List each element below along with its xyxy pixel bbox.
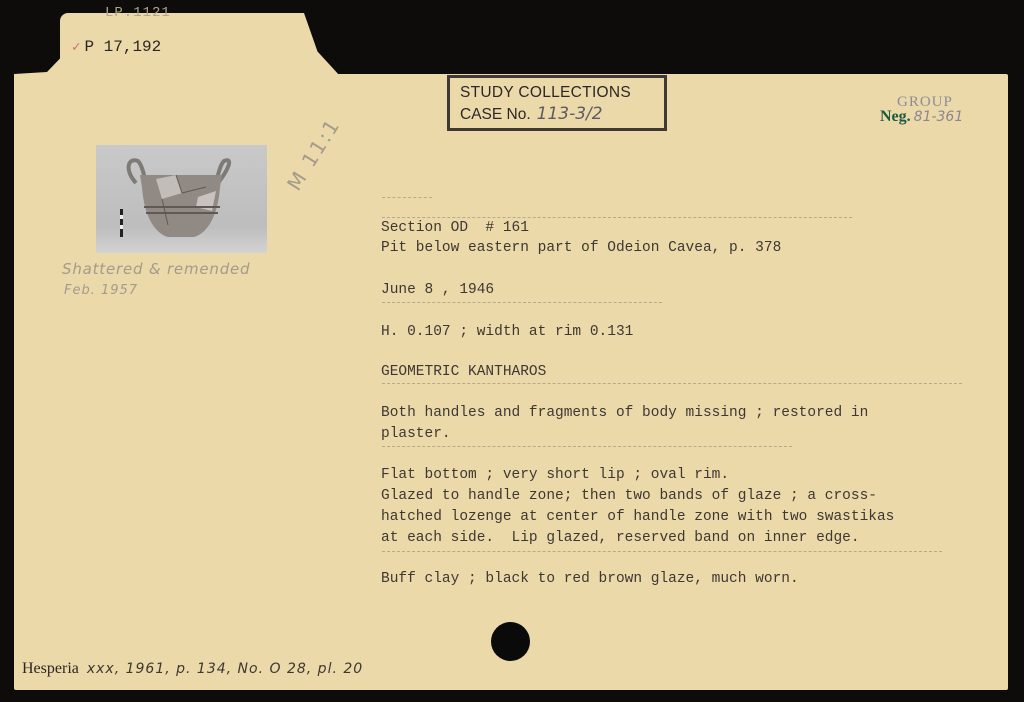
negative-number: Neg.81-361 <box>880 108 963 126</box>
section-line: Section OD # 161 <box>381 218 529 239</box>
neg-value: 81-361 <box>914 109 964 125</box>
catalog-number: ✓P 17,192 <box>72 38 161 56</box>
condition-line-2: plaster. <box>381 424 451 445</box>
kantharos-image <box>96 145 267 253</box>
study-collections-stamp: STUDY COLLECTIONS CASE No.113-3/2 <box>447 75 667 131</box>
date-line: June 8 , 1946 <box>381 280 494 301</box>
ruled-line <box>382 383 962 384</box>
description-line-4: at each side. Lip glazed, reserved band … <box>381 528 860 549</box>
description-line-2: Glazed to handle zone; then two bands of… <box>381 486 877 507</box>
description-line-3: hatched lozenge at center of handle zone… <box>381 507 894 528</box>
handwritten-note: Shattered & remended <box>62 260 250 278</box>
reference-journal: Hesperia <box>22 660 79 677</box>
dimensions-line: H. 0.107 ; width at rim 0.131 <box>381 322 633 343</box>
ruled-line <box>382 446 792 447</box>
ruled-line <box>382 551 942 552</box>
object-title: GEOMETRIC KANTHAROS <box>381 362 546 383</box>
reference-citation: xxx, 1961, p. 134, No. O 28, pl. 20 <box>87 661 363 677</box>
stamp-case-label: CASE No. <box>460 106 531 123</box>
description-line-1: Flat bottom ; very short lip ; oval rim. <box>381 465 729 486</box>
ruled-line <box>382 302 662 303</box>
punch-hole <box>491 622 530 661</box>
bibliography-reference: Hesperiaxxx, 1961, p. 134, No. O 28, pl.… <box>22 660 363 678</box>
check-mark-icon: ✓ <box>72 40 80 56</box>
fabric-line: Buff clay ; black to red brown glaze, mu… <box>381 569 799 590</box>
findspot-line: Pit below eastern part of Odeion Cavea, … <box>381 238 781 259</box>
stamp-title: STUDY COLLECTIONS <box>460 84 654 102</box>
catalog-number-text: P 17,192 <box>84 38 161 56</box>
card-tab-shoulder <box>295 13 340 83</box>
ruled-line <box>382 197 432 198</box>
neg-label: Neg. <box>880 108 911 125</box>
stamp-case-value: 113-3/2 <box>537 104 603 124</box>
handwritten-note-date: Feb. 1957 <box>64 283 138 298</box>
stamp-case: CASE No.113-3/2 <box>460 104 654 124</box>
condition-line-1: Both handles and fragments of body missi… <box>381 403 868 424</box>
faded-typed-text: LP.1121 <box>105 5 171 21</box>
object-photo <box>96 145 267 253</box>
